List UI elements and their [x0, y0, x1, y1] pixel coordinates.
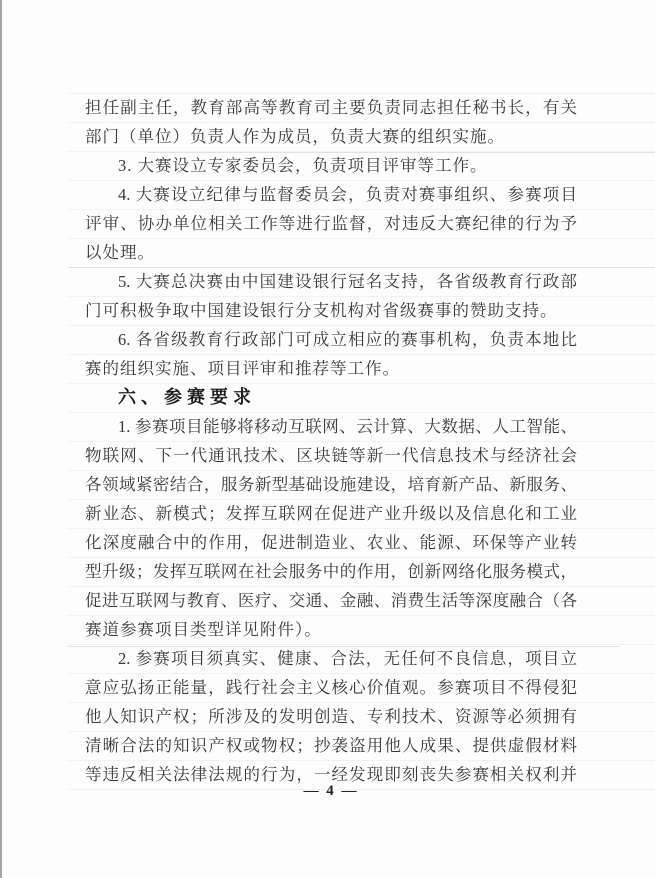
scanned-document-page: 担任副主任，教育部高等教育司主要负责同志担任秘书长，有关部门（单位）负责人作为成… [0, 0, 655, 878]
text-line: 清晰合法的知识产权或物权；抄袭盗用他人成果、提供虚假材料 [85, 731, 577, 760]
text-line: 物联网、下一代通讯技术、区块链等新一代信息技术与经济社会 [85, 441, 577, 470]
text-line: 促进互联网与教育、医疗、交通、金融、消费生活等深度融合（各 [85, 586, 577, 615]
scan-edge-line [0, 0, 2, 878]
text-line: 赛的组织实施、项目评审和推荐等工作。 [85, 354, 577, 383]
text-line: 2. 参赛项目须真实、健康、合法，无任何不良信息，项目立 [85, 644, 577, 673]
text-line: 化深度融合中的作用，促进制造业、农业、能源、环保等产业转 [85, 528, 577, 557]
section-heading: 六、参赛要求 [85, 383, 577, 412]
text-line: 5. 大赛总决赛由中国建设银行冠名支持，各省级教育行政部 [85, 267, 577, 296]
text-line: 以处理。 [85, 238, 577, 267]
text-line: 新业态、新模式；发挥互联网在促进产业升级以及信息化和工业 [85, 499, 577, 528]
text-line: 1. 参赛项目能够将移动互联网、云计算、大数据、人工智能、 [85, 412, 577, 441]
text-line: 评审、协办单位相关工作等进行监督，对违反大赛纪律的行为予 [85, 209, 577, 238]
text-line: 意应弘扬正能量，践行社会主义核心价值观。参赛项目不得侵犯 [85, 673, 577, 702]
text-line: 型升级；发挥互联网在社会服务中的作用，创新网络化服务模式， [85, 557, 577, 586]
text-line: 部门（单位）负责人作为成员，负责大赛的组织实施。 [85, 122, 577, 151]
text-line: 4. 大赛设立纪律与监督委员会，负责对赛事组织、参赛项目 [85, 180, 577, 209]
text-line: 他人知识产权；所涉及的发明创造、专利技术、资源等必须拥有 [85, 702, 577, 731]
text-line: 3. 大赛设立专家委员会，负责项目评审等工作。 [85, 151, 577, 180]
text-line: 各领域紧密结合，服务新型基础设施建设，培育新产品、新服务、 [85, 470, 577, 499]
text-line: 赛道参赛项目类型详见附件）。 [85, 615, 577, 644]
text-line: 担任副主任，教育部高等教育司主要负责同志担任秘书长，有关 [85, 93, 577, 122]
page-number: — 4 — [85, 783, 577, 800]
text-line: 6. 各省级教育行政部门可成立相应的赛事机构，负责本地比 [85, 325, 577, 354]
text-line: 门可积极争取中国建设银行分支机构对省级赛事的赞助支持。 [85, 296, 577, 325]
document-text-body: 担任副主任，教育部高等教育司主要负责同志担任秘书长，有关部门（单位）负责人作为成… [85, 93, 577, 789]
